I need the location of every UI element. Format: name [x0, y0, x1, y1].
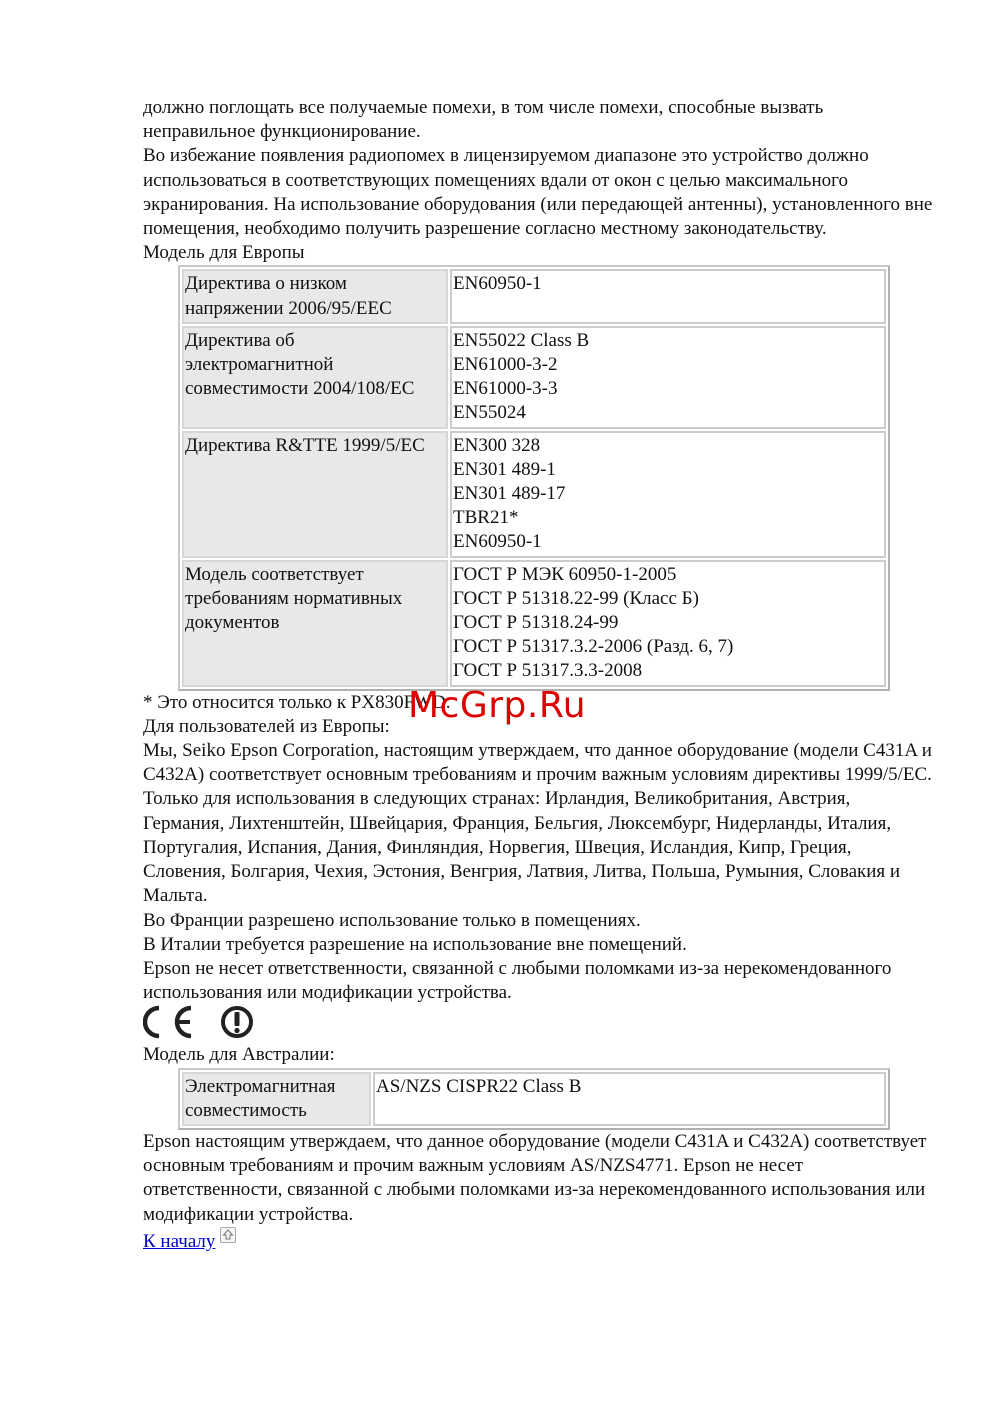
- intro-paragraph-2: Во избежание появления радиопомех в лице…: [143, 144, 933, 241]
- watermark-text: McGrp.Ru: [408, 686, 586, 726]
- directive-label: Модель соответствует требованиям нормати…: [182, 560, 448, 687]
- intro-paragraph-1: должно поглощать все получаемые помехи, …: [143, 96, 933, 144]
- document-page: должно поглощать все получаемые помехи, …: [143, 96, 933, 1254]
- directive-label: Директива R&TTE 1999/5/EC: [182, 431, 448, 558]
- directive-label: Электромагнитная совместимость: [182, 1072, 371, 1126]
- australia-standards-table: Электромагнитная совместимость AS/NZS CI…: [178, 1068, 890, 1130]
- standard-item: EN301 489-17: [453, 482, 883, 506]
- standards-cell: ГОСТ Р МЭК 60950-1-2005 ГОСТ Р 51318.22-…: [450, 560, 886, 687]
- back-to-top-link[interactable]: К началу: [143, 1231, 215, 1252]
- standard-item: ГОСТ Р МЭК 60950-1-2005: [453, 563, 883, 587]
- france-note: Во Франции разрешено использование тольк…: [143, 909, 933, 933]
- standard-item: EN60950-1: [453, 272, 883, 296]
- standard-item: TBR21*: [453, 506, 883, 530]
- back-to-top-row: К началу: [143, 1227, 933, 1254]
- standards-cell: EN300 328 EN301 489-1 EN301 489-17 TBR21…: [450, 431, 886, 558]
- table-row: Модель соответствует требованиям нормати…: [182, 560, 886, 687]
- ce-mark-icon: [143, 1005, 211, 1046]
- directive-label: Директива об электромагнитной совместимо…: [182, 326, 448, 429]
- standard-item: EN300 328: [453, 434, 883, 458]
- standard-item: EN61000-3-3: [453, 377, 883, 401]
- standard-item: ГОСТ Р 51317.3.3-2008: [453, 659, 883, 683]
- europe-declaration: Мы, Seiko Epson Corporation, настоящим у…: [143, 739, 933, 787]
- standard-item: ГОСТ Р 51317.3.2-2006 (Разд. 6, 7): [453, 635, 883, 659]
- standard-item: ГОСТ Р 51318.22-99 (Класс Б): [453, 587, 883, 611]
- europe-standards-table: Директива о низком напряжении 2006/95/EE…: [178, 265, 890, 690]
- australia-heading: Модель для Австралии:: [143, 1043, 933, 1067]
- australia-declaration: Epson настоящим утверждаем, что данное о…: [143, 1130, 933, 1227]
- europe-heading: Модель для Европы: [143, 241, 933, 265]
- standard-item: EN55024: [453, 401, 883, 425]
- standard-item: EN301 489-1: [453, 458, 883, 482]
- standard-item: ГОСТ Р 51318.24-99: [453, 611, 883, 635]
- table-row: Директива об электромагнитной совместимо…: [182, 326, 886, 429]
- table-row: Директива о низком напряжении 2006/95/EE…: [182, 269, 886, 323]
- directive-label: Директива о низком напряжении 2006/95/EE…: [182, 269, 448, 323]
- standards-cell: EN55022 Class B EN61000-3-2 EN61000-3-3 …: [450, 326, 886, 429]
- certification-marks: [143, 1007, 933, 1043]
- countries-list: Только для использования в следующих стр…: [143, 787, 933, 908]
- alert-mark-icon: [219, 1005, 255, 1046]
- standard-item: EN55022 Class B: [453, 329, 883, 353]
- standard-item: EN60950-1: [453, 530, 883, 554]
- table-row: Электромагнитная совместимость AS/NZS CI…: [182, 1072, 886, 1126]
- table-row: Директива R&TTE 1999/5/EC EN300 328 EN30…: [182, 431, 886, 558]
- liability-note: Epson не несет ответственности, связанно…: [143, 957, 933, 1005]
- standard-item: EN61000-3-2: [453, 353, 883, 377]
- standards-cell: EN60950-1: [450, 269, 886, 323]
- arrow-up-icon[interactable]: [220, 1227, 236, 1243]
- standards-cell: AS/NZS CISPR22 Class B: [373, 1072, 886, 1126]
- standard-item: AS/NZS CISPR22 Class B: [376, 1075, 883, 1099]
- italy-note: В Италии требуется разрешение на использ…: [143, 933, 933, 957]
